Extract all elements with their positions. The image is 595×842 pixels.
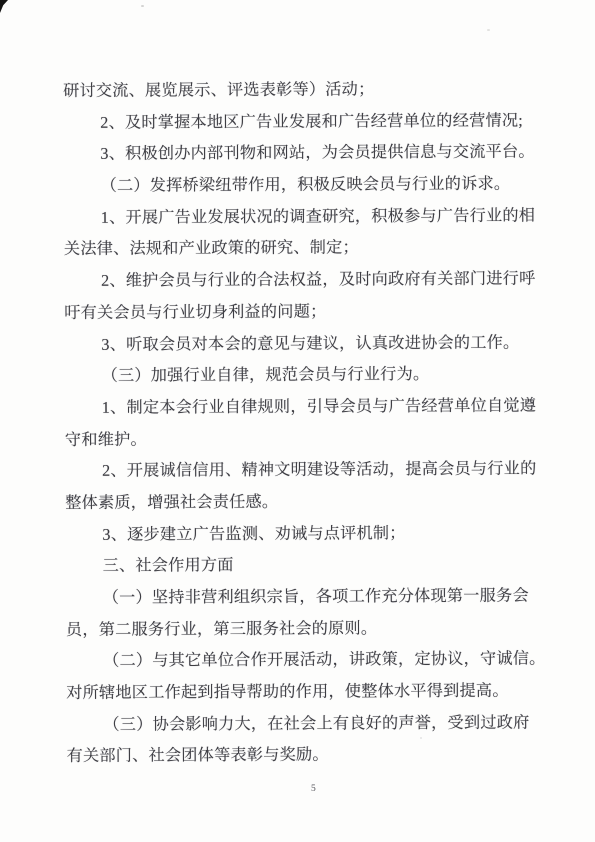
scan-speck [141,5,144,7]
paragraph: 研讨交流、展览展示、评选表彰等）活动； [63,73,543,107]
text-line: 2、及时掌握本地区广告业发展和广告经营单位的经营情况; [63,105,543,139]
text-line: （一）坚持非营利组织宗旨，各项工作充分体现第一服务会 [66,580,546,614]
paragraph: 3、逐步建立广告监测、劝诫与点评机制； [65,517,545,551]
text-line: 3、逐步建立广告监测、劝诫与点评机制； [65,517,545,551]
paragraph: （一）坚持非营利组织宗旨，各项工作充分体现第一服务会员，第二服务行业，第三服务社… [66,580,546,646]
paragraph: （三）协会影响力大，在社会上有良好的声誉，受到过政府有关部门、社会团体等表彰与奖… [66,707,546,773]
scan-artifact-corner-mark [0,0,8,13]
text-line: 1、开展广告业发展状况的调查研究，积极参与广告行业的相 [64,200,544,234]
paragraph: 三、社会作用方面 [65,549,545,583]
text-line: 员，第二服务行业，第三服务社会的原则。 [66,612,546,646]
text-line: （三）协会影响力大，在社会上有良好的声誉，受到过政府 [66,707,546,741]
text-line: 三、社会作用方面 [65,549,545,583]
text-line: 吁有关会员与行业切身利益的问题； [64,295,544,329]
text-line: 守和维护。 [65,422,545,456]
paragraph: （二）发挥桥梁纽带作用，积极反映会员与行业的诉求。 [63,169,543,203]
paragraph: 1、制定本会行业自律规则，引导会员与广告经营单位自觉遵守和维护。 [65,390,545,456]
text-line: （二）与其它单位合作开展活动，讲政策，定协议，守诚信。 [66,644,546,678]
page-number: 5 [311,784,316,794]
paragraph: 1、开展广告业发展状况的调查研究，积极参与广告行业的相关法律、法规和产业政策的研… [64,200,544,266]
paragraph: 3、听取会员对本会的意见与建议，认真改进协会的工作。 [64,327,544,361]
text-line: 整体素质，增强社会责任感。 [65,485,545,519]
text-line: （二）发挥桥梁纽带作用，积极反映会员与行业的诉求。 [63,169,543,203]
text-line: 2、开展诚信信用、精神文明建设等活动，提高会员与行业的 [65,454,545,488]
scan-speck [487,29,490,31]
paragraph: 2、及时掌握本地区广告业发展和广告经营单位的经营情况; [63,105,543,139]
paragraph: 2、开展诚信信用、精神文明建设等活动，提高会员与行业的整体素质，增强社会责任感。 [65,454,545,520]
text-line: 2、维护会员与行业的合法权益，及时向政府有关部门进行呼 [64,264,544,298]
document-body: 研讨交流、展览展示、评选表彰等）活动；2、及时掌握本地区广告业发展和广告经营单位… [63,73,547,773]
paragraph: 3、积极创办内部刊物和网站，为会员提供信息与交流平台。 [63,137,543,171]
text-line: 3、积极创办内部刊物和网站，为会员提供信息与交流平台。 [63,137,543,171]
text-line: 3、听取会员对本会的意见与建议，认真改进协会的工作。 [64,327,544,361]
paragraph: （三）加强行业自律，规范会员与行业行为。 [64,359,544,393]
text-line: 1、制定本会行业自律规则，引导会员与广告经营单位自觉遵 [65,390,545,424]
text-line: （三）加强行业自律，规范会员与行业行为。 [64,359,544,393]
paragraph: （二）与其它单位合作开展活动，讲政策，定协议，守诚信。对所辖地区工作起到指导帮助… [66,644,546,710]
text-line: 研讨交流、展览展示、评选表彰等）活动； [63,73,543,107]
text-line: 有关部门、社会团体等表彰与奖励。 [66,739,546,773]
text-line: 对所辖地区工作起到指导帮助的作用，使整体水平得到提高。 [66,676,546,710]
paragraph: 2、维护会员与行业的合法权益，及时向政府有关部门进行呼吁有关会员与行业切身利益的… [64,264,544,330]
scanned-document-page: 研讨交流、展览展示、评选表彰等）活动；2、及时掌握本地区广告业发展和广告经营单位… [0,0,595,842]
text-line: 关法律、法规和产业政策的研究、制定； [64,232,544,266]
